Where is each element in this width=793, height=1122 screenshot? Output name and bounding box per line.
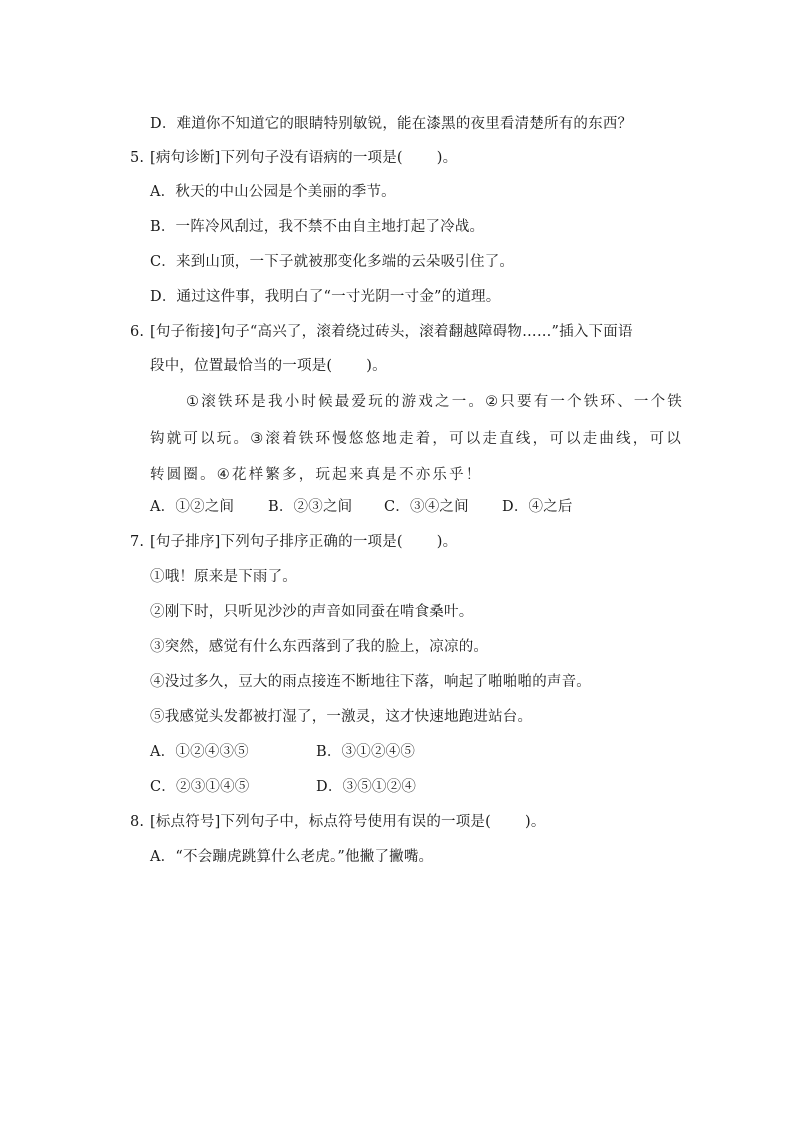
q7-option-c: C．②③①④⑤: [150, 777, 316, 797]
q7-sentence-2: ②刚下时，只听见沙沙的声音如同蚕在啃食桑叶。: [150, 602, 473, 622]
q7-sentence-4: ④没过多久，豆大的雨点接连不断地往下落，响起了啪啪啪的声音。: [150, 672, 591, 692]
q7-options-row-2: C．②③①④⑤D．③⑤①②④: [150, 777, 416, 797]
q7-stem-text: 下列句子排序正确的一项是(: [221, 534, 403, 550]
q6-passage-line-1: ①滚铁环是我小时候最爱玩的游戏之一。②只要有一个铁环、一个铁: [186, 392, 684, 412]
q8-tag: [标点符号]: [150, 814, 221, 830]
q8-option-a: A．“不会蹦虎跳算什么老虎。”他撇了撇嘴。: [150, 847, 433, 867]
q5-stem: 5.[病句诊断]下列句子没有语病的一项是()。: [130, 148, 457, 168]
q6-number: 6.: [130, 322, 150, 342]
q7-sentence-5: ⑤我感觉头发都被打湿了，一激灵，这才快速地跑进站台。: [150, 707, 532, 727]
q6-options: A．①②之间B．②③之间C．③④之间D．④之后: [150, 497, 573, 517]
q7-options-row-1: A．①②④③⑤B．③①②④⑤: [150, 742, 415, 762]
q6-stem-line2: 段中，位置最恰当的一项是()。: [150, 356, 387, 376]
q8-stem-text: 下列句子中，标点符号使用有误的一项是(: [221, 814, 491, 830]
q5-stem-end: )。: [437, 150, 458, 166]
q6-option-a: A．①②之间: [150, 497, 268, 517]
q7-option-d: D．③⑤①②④: [316, 777, 416, 797]
q7-sentence-3: ③突然，感觉有什么东西落到了我的脸上，凉凉的。: [150, 637, 488, 657]
q6-option-c: C．③④之间: [384, 497, 502, 517]
q7-stem: 7.[句子排序]下列句子排序正确的一项是()。: [130, 532, 457, 552]
q6-stem: 6.[句子衔接]句子“高兴了，滚着绕过砖头，滚着翻越障碍物……”插入下面语: [130, 322, 633, 342]
q6-option-b: B．②③之间: [268, 497, 384, 517]
q6-stem-end: )。: [366, 358, 387, 374]
q5-option-b: B．一阵冷风刮过，我不禁不由自主地打起了冷战。: [150, 217, 484, 237]
q7-tag: [句子排序]: [150, 534, 221, 550]
q7-option-a: A．①②④③⑤: [150, 742, 316, 762]
q7-sentence-1: ①哦！原来是下雨了。: [150, 567, 297, 587]
q5-tag: [病句诊断]: [150, 150, 221, 166]
q8-number: 8.: [130, 812, 150, 832]
q6-stem-line1: 句子“高兴了，滚着绕过砖头，滚着翻越障碍物……”插入下面语: [221, 324, 633, 340]
q7-number: 7.: [130, 532, 150, 552]
q5-option-a: A．秋天的中山公园是个美丽的季节。: [150, 182, 396, 202]
worksheet-page: D．难道你不知道它的眼睛特别敏锐，能在漆黑的夜里看清楚所有的东西？ 5.[病句诊…: [0, 0, 793, 1122]
q5-option-d: D．通过这件事，我明白了“一寸光阴一寸金”的道理。: [150, 287, 500, 307]
q6-passage-line-3: 转圆圈。④花样繁多，玩起来真是不亦乐乎！: [150, 465, 483, 485]
q8-stem-end: )。: [525, 814, 546, 830]
q6-stem-line2-text: 段中，位置最恰当的一项是(: [150, 358, 332, 374]
q7-option-b: B．③①②④⑤: [316, 742, 415, 762]
q6-passage-line-2: 钩就可以玩。③滚着铁环慢悠悠地走着，可以走直线，可以走曲线，可以: [150, 429, 683, 449]
q5-option-c: C．来到山顶，一下子就被那变化多端的云朵吸引住了。: [150, 252, 514, 272]
q7-stem-end: )。: [437, 534, 458, 550]
q5-stem-text: 下列句子没有语病的一项是(: [221, 150, 403, 166]
q6-option-d: D．④之后: [502, 497, 573, 517]
q4-option-d: D．难道你不知道它的眼睛特别敏锐，能在漆黑的夜里看清楚所有的东西？: [150, 114, 632, 134]
q5-number: 5.: [130, 148, 150, 168]
q8-stem: 8.[标点符号]下列句子中，标点符号使用有误的一项是()。: [130, 812, 546, 832]
q6-tag: [句子衔接]: [150, 324, 221, 340]
